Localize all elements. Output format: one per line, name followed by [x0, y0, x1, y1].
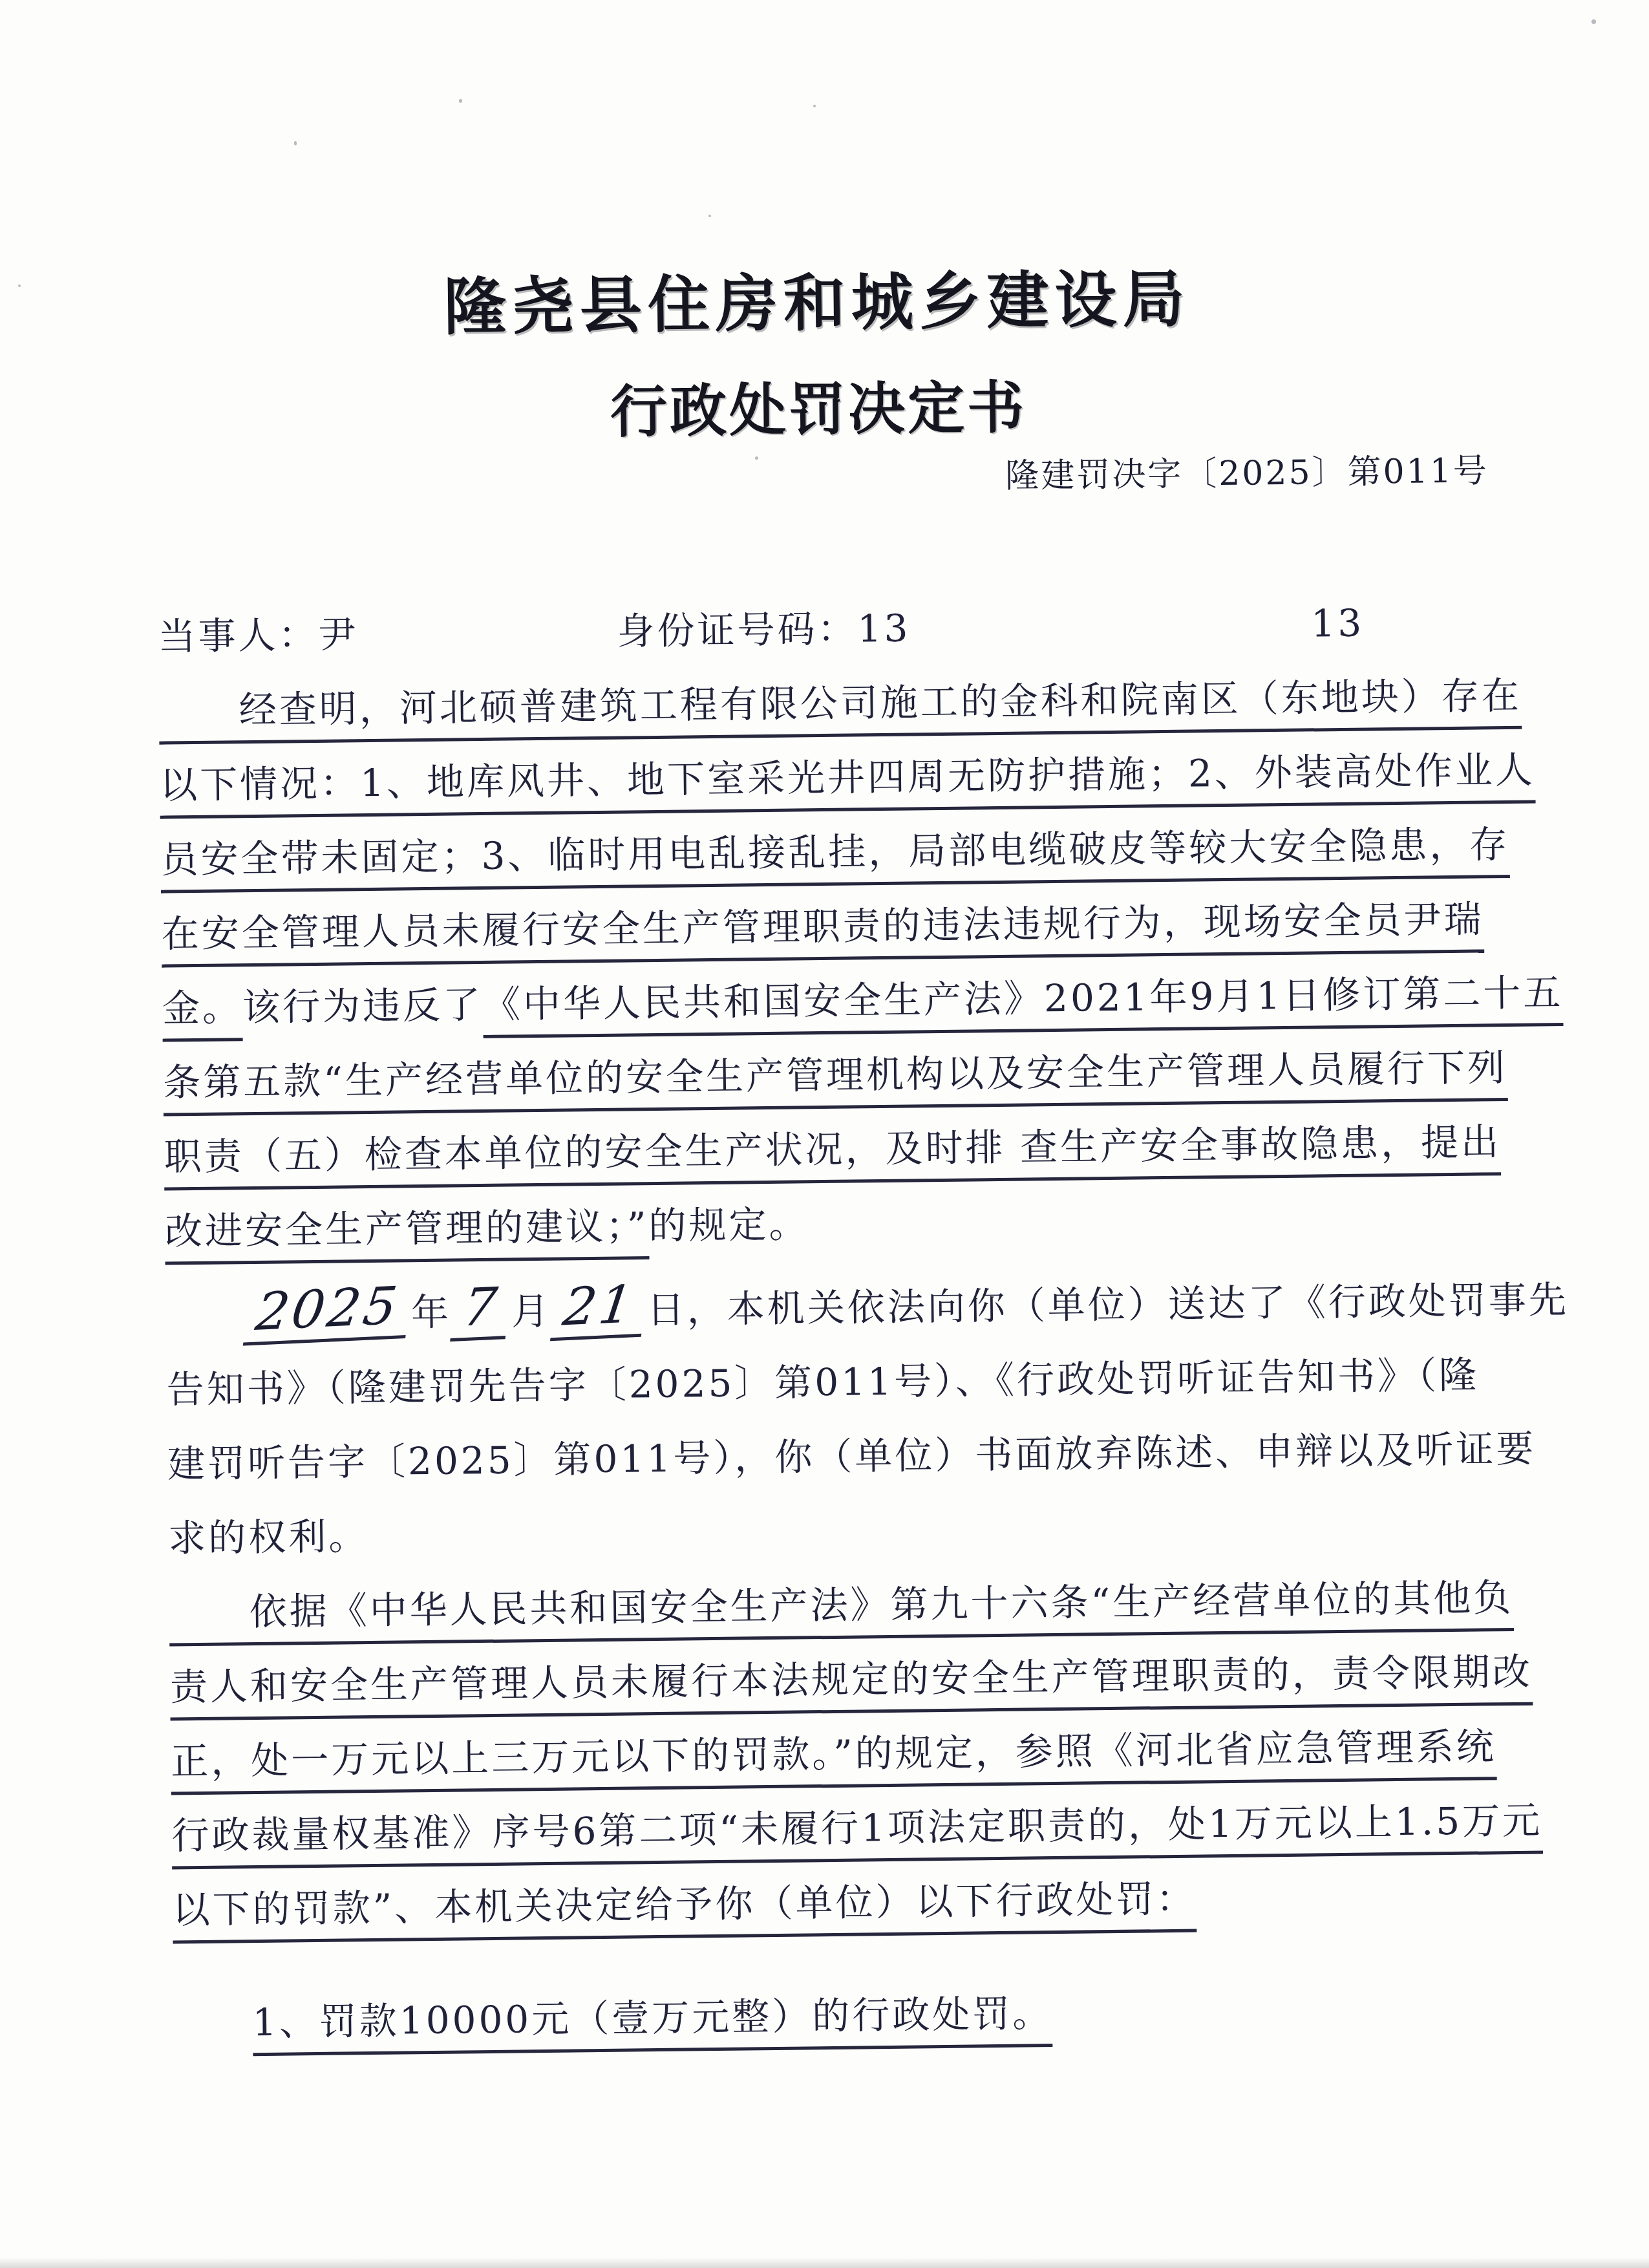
document-title: 隆尧县住房和城乡建设局	[0, 255, 1642, 352]
text-segment: 责人和安全生产管理人员未履行本法规定的安全生产管理职责的，责令限期改	[170, 1646, 1533, 1721]
scan-edge-shadow	[0, 2258, 1649, 2268]
scan-speck	[708, 215, 711, 217]
text-segment: 员安全带未固定；3、临时用电乱接乱挂，局部电缆破皮等较大安全隐患，存	[160, 818, 1510, 893]
text-segment: 条第五款“生产经营单位的安全生产管理机构以及安全生产管理人员履行下列	[163, 1042, 1508, 1117]
body-line: 建罚听告字〔2025〕第011号），你（单位）书面放弃陈述、申辩以及听证要	[167, 1412, 1538, 1502]
text-segment: 金。	[162, 981, 243, 1042]
body-line: 1、罚款10000元（壹万元整）的行政处罚。	[173, 1971, 1544, 2060]
redaction-gap	[359, 645, 617, 648]
text-segment: 以下情况：1、地库风井、地下室采光井四周无防护措施；2、外装高处作业人	[160, 744, 1536, 819]
text-segment: 该行为违反了	[242, 979, 484, 1033]
redaction-gap	[911, 636, 1312, 641]
text-segment: 月	[511, 1285, 551, 1338]
text-segment: 年	[411, 1287, 452, 1339]
text-segment: 行政裁量权基准》序号6第二项“未履行1项法定职责的，处1万元以上1.5万元	[171, 1794, 1543, 1869]
body-line: 改进安全生产管理的建议；” 的规定。	[164, 1179, 1535, 1269]
text-segment: 在安全管理人员未履行安全生产管理职责的违法违规行为，现场安全员尹瑞	[161, 893, 1484, 967]
handwritten-year: 2025	[243, 1278, 413, 1346]
text-segment: 《中华人民共和国安全生产法》2021年9月1日修订第二十五	[483, 967, 1564, 1038]
scan-speck	[1591, 19, 1596, 24]
text-segment: 经查明，河北硕普建筑工程有限公司施工的金科和院南区（东地块）存在	[158, 670, 1522, 745]
scan-speck	[459, 99, 462, 103]
text-segment: 1、罚款10000元（壹万元整）的行政处罚。	[252, 1987, 1052, 2056]
scan-speck	[18, 284, 21, 287]
document-number: 隆建罚决字〔2025〕第011号	[0, 446, 1644, 511]
text-segment: 的规定。	[648, 1198, 809, 1252]
scan-skew-wrapper: 隆尧县住房和城乡建设局 行政处罚决定书 隆建罚决字〔2025〕第011号 当事人…	[0, 255, 1649, 2063]
party-name: 尹	[318, 612, 359, 657]
scan-speck	[294, 141, 297, 145]
body-line: 职责（五）检查本单位的安全生产状况，及时排 查生产安全事故隐患，提出	[164, 1105, 1535, 1195]
party-label: 当事人：	[158, 613, 319, 659]
text-segment: 改进安全生产管理的建议；”	[165, 1200, 650, 1265]
id-number-prefix: 13	[857, 606, 911, 650]
text-segment: 求的权利。	[168, 1510, 369, 1565]
text-segment: 日，本机关依法向你（单位）送达了《行政处罚事先	[646, 1274, 1569, 1336]
text-segment: 建罚听告字〔2025〕第011号），你（单位）书面放弃陈述、申辩以及听证要	[167, 1423, 1537, 1490]
scan-speck	[682, 322, 685, 325]
body-line: 以下的罚款”、本机关决定给予你（单位）以下行政处罚：	[172, 1857, 1543, 1947]
text-segment: 告知书》（隆建罚先告字〔2025〕第011号）、《行政处罚听证告知书》（隆	[166, 1349, 1479, 1416]
scan-speck	[658, 396, 661, 400]
body-lines: 经查明，河北硕普建筑工程有限公司施工的金科和院南区（东地块）存在以下情况：1、地…	[158, 659, 1544, 2061]
scan-speck	[813, 105, 816, 107]
text-segment: 职责（五）检查本单位的安全生产状况，及时排 查生产安全事故隐患，提出	[164, 1116, 1501, 1190]
body-line: 行政裁量权基准》序号6第二项“未履行1项法定职责的，处1万元以上1.5万元	[171, 1783, 1542, 1873]
text-segment: 正，处一万元以上三万元以下的罚款。”的规定，参照《河北省应急管理系统	[171, 1720, 1497, 1795]
document-body: 当事人：尹身份证号码：1313 经查明，河北硕普建筑工程有限公司施工的金科和院南…	[0, 584, 1544, 2063]
document-page: 隆尧县住房和城乡建设局 行政处罚决定书 隆建罚决字〔2025〕第011号 当事人…	[0, 0, 1649, 2268]
scan-speck	[755, 456, 758, 460]
scanned-document: { "doc": { "title": "隆尧县住房和城乡建设局", "subt…	[0, 0, 1649, 2268]
id-number-suffix: 13	[1311, 601, 1365, 646]
handwritten-day: 21	[550, 1277, 649, 1342]
document-subtitle: 行政处罚决定书	[0, 365, 1643, 455]
text-segment: 以下的罚款”、本机关决定给予你（单位）以下行政处罚：	[172, 1873, 1197, 1944]
handwritten-month: 7	[450, 1279, 513, 1342]
id-number-label: 身份证号码：	[617, 606, 858, 653]
text-segment: 依据《中华人民共和国安全生产法》第九十六条“生产经营单位的其他负	[169, 1572, 1514, 1647]
